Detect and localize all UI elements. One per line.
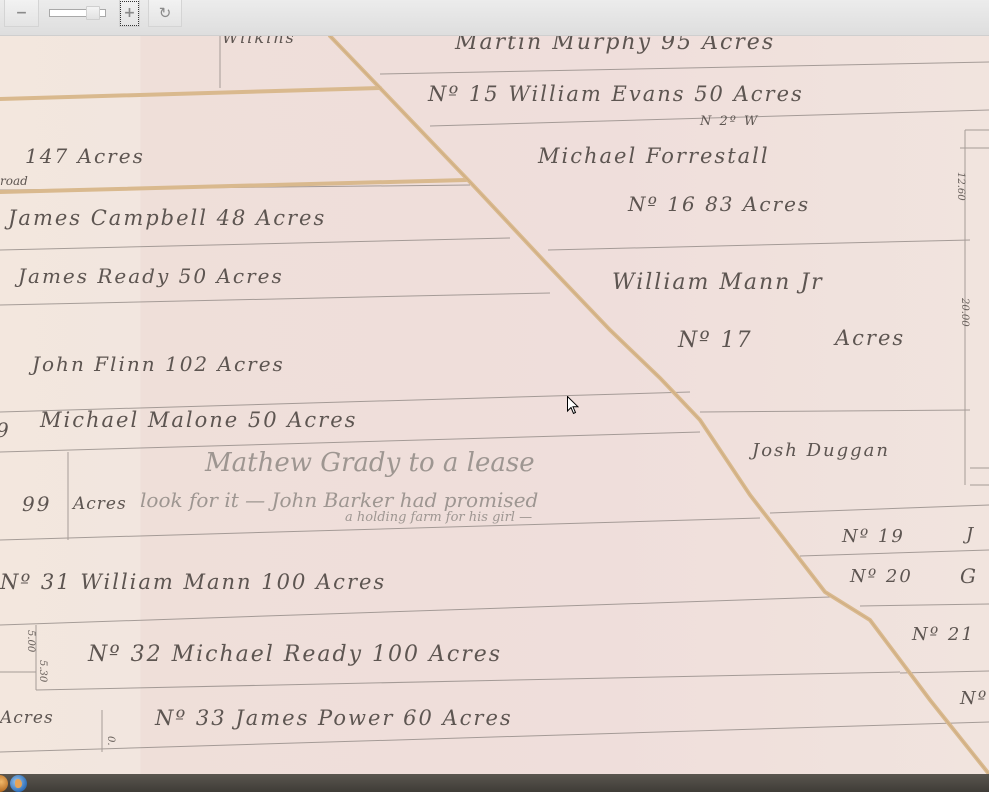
reset-view-button[interactable]: ↻ [148,0,182,27]
measurement-5-00: 5.00 [25,630,36,652]
parcel-label-99-acres: Acres [73,494,127,514]
plus-icon: + [124,5,136,21]
parcel-label-no15: Nº 15 William Evans 50 Acres [428,82,804,106]
parcel-label-forrestall: Michael Forrestall [538,144,770,168]
parcel-label-no31: Nº 31 William Mann 100 Acres [0,570,386,594]
parcel-label-no17: Nº 17 [678,328,753,353]
parcel-label-no19-name: J [966,524,975,545]
parcel-label-malone: Michael Malone 50 Acres [40,408,357,432]
minus-icon: − [16,5,28,21]
measurement-0: 0. [105,736,116,746]
pencil-note-line2: look for it — John Barker had promised [140,488,538,512]
app-icon[interactable] [0,775,8,792]
parcel-label-duggan: Josh Duggan [752,440,890,461]
parcel-label-malone-prefix: 9 [0,418,11,442]
parcel-label-no32: Nº 32 Michael Ready 100 Acres [88,642,502,667]
parcel-label-no22: Nº [960,688,988,709]
parcel-label-no16: Nº 16 83 Acres [628,192,810,216]
pencil-note-line1: Mathew Grady to a lease [205,448,535,478]
parcel-label-mann-jr: William Mann Jr [612,270,824,295]
parcel-label-acres-left: Acres [0,708,54,728]
bearing-label: N 2º W [700,114,759,129]
refresh-icon: ↻ [159,4,172,22]
zoom-out-button[interactable]: − [4,0,39,27]
measurement-5-30: 5.30 [37,660,48,682]
parcel-label-james-ready: James Ready 50 Acres [18,264,284,288]
viewer-toolbar: − + ↻ [0,0,989,36]
parcel-label-no20-name: G [960,564,978,588]
mouse-pointer-icon [567,396,579,416]
parcel-label-147-acres: 147 Acres [25,144,145,168]
parcel-label-no21: Nº 21 [912,624,975,645]
browser-globe-icon[interactable] [10,775,27,792]
os-taskbar [0,774,989,792]
measurement-12-60: 12.60 [955,172,966,201]
parcel-label-wilkins: Wilkins [222,36,296,47]
map-viewport[interactable]: Wilkins Martin Murphy 95 Acres Nº 15 Wil… [0,36,989,774]
parcel-label-99: 99 [22,492,51,516]
parcel-label-no19: Nº 19 [842,526,905,547]
zoom-in-button[interactable]: + [119,0,140,27]
road-label: road [0,174,28,188]
parcel-label-no20: Nº 20 [850,566,913,587]
parcel-label-flinn: John Flinn 102 Acres [32,352,285,376]
parcel-label-martin-murphy: Martin Murphy 95 Acres [455,36,775,55]
zoom-slider-thumb[interactable] [86,6,100,20]
parcel-label-no17-acres: Acres [835,326,905,350]
pencil-note-line3: a holding farm for his girl — [345,510,532,525]
parcel-label-campbell: James Campbell 48 Acres [8,206,326,230]
measurement-20-00: 20.00 [959,298,970,327]
parcel-label-no33: Nº 33 James Power 60 Acres [155,706,513,730]
